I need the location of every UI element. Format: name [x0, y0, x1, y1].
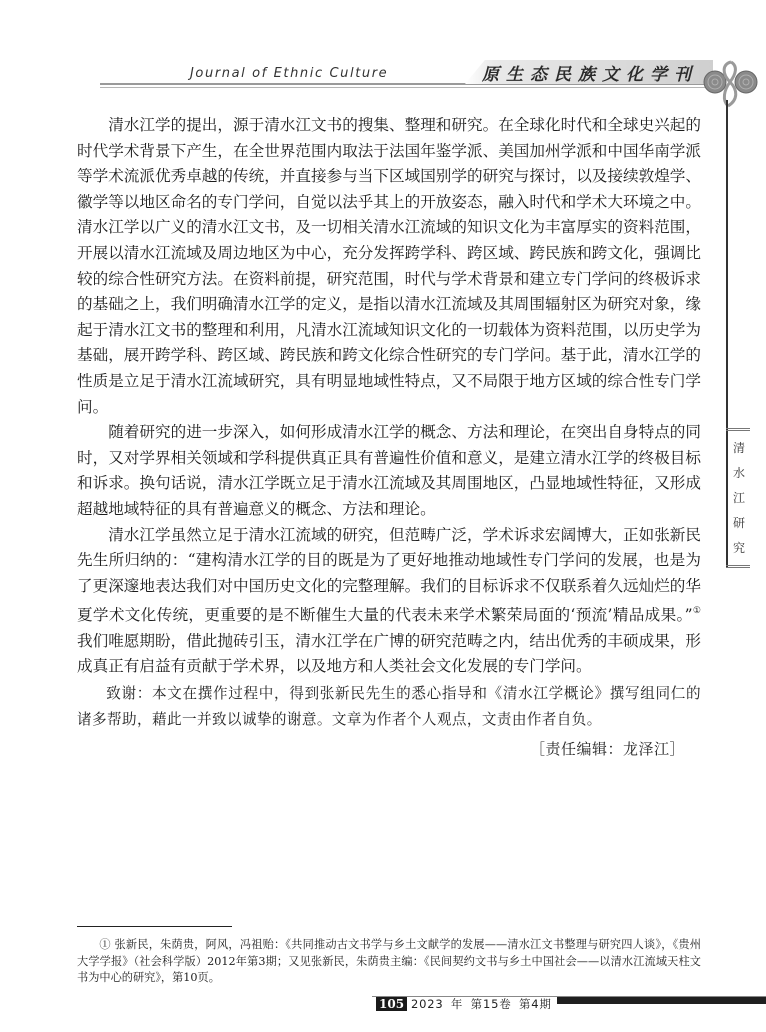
article-body: 清水江学的提出，源于清水江文书的搜集、整理和研究。在全球化时代和全球史兴起的时代…: [77, 113, 701, 732]
acknowledgement: 致谢：本文在撰作过程中，得到张新民先生的悉心指导和《清水江学概论》撰写组同仁的诸…: [77, 681, 701, 732]
side-tab-char: 研: [731, 511, 747, 536]
footnote-separator: [77, 926, 232, 927]
side-tab-char: 究: [731, 536, 747, 561]
header-rule-secondary: [100, 87, 710, 88]
section-side-tab: 清 水 江 研 究: [731, 436, 747, 561]
responsible-editor: ［责任编辑：龙泽江］: [530, 738, 685, 759]
paragraph: 随着研究的进一步深入，如何形成清水江学的概念、方法和理论，在突出自身特点的同时，…: [77, 420, 701, 522]
issue-info: 2023 年 第15卷 第4期: [411, 997, 552, 1011]
journal-title-english: Journal of Ethnic Culture: [190, 66, 388, 81]
side-tab-char: 清: [731, 436, 747, 461]
side-tab-top-rule: [726, 428, 750, 431]
paragraph: 清水江学虽然立足于清水江流域的研究，但范畴广泛，学术诉求宏阔博大，正如张新民先生…: [77, 523, 701, 681]
footnote: ① 张新民，朱荫贵，阿风，冯祖贻：《共同推动古文书学与乡土文献学的发展——清水江…: [77, 937, 701, 987]
side-rule: [726, 100, 728, 568]
paragraph: 清水江学的提出，源于清水江文书的搜集、整理和研究。在全球化时代和全球史兴起的时代…: [77, 113, 701, 420]
footer-bar: [557, 997, 766, 1004]
side-tab-bottom-rule: [726, 565, 750, 568]
journal-title-chinese: 原生态民族文化学刊: [482, 60, 698, 85]
paragraph-text-continued: 我们唯愿期盼，借此抛砖引玉，清水江学在广博的研究范畴之内，结出优秀的丰硕成果，形…: [77, 632, 701, 676]
page-number: 105: [376, 997, 407, 1011]
paragraph-text: 清水江学虽然立足于清水江流域的研究，但范畴广泛，学术诉求宏阔博大，正如张新民先生…: [77, 526, 701, 625]
footnote-reference[interactable]: ①: [693, 606, 701, 616]
side-tab-char: 水: [731, 461, 747, 486]
page-header: Journal of Ethnic Culture 原生态民族文化学刊: [0, 0, 766, 110]
double-spiral-ornament-icon: [700, 60, 760, 110]
side-tab-char: 江: [731, 486, 747, 511]
